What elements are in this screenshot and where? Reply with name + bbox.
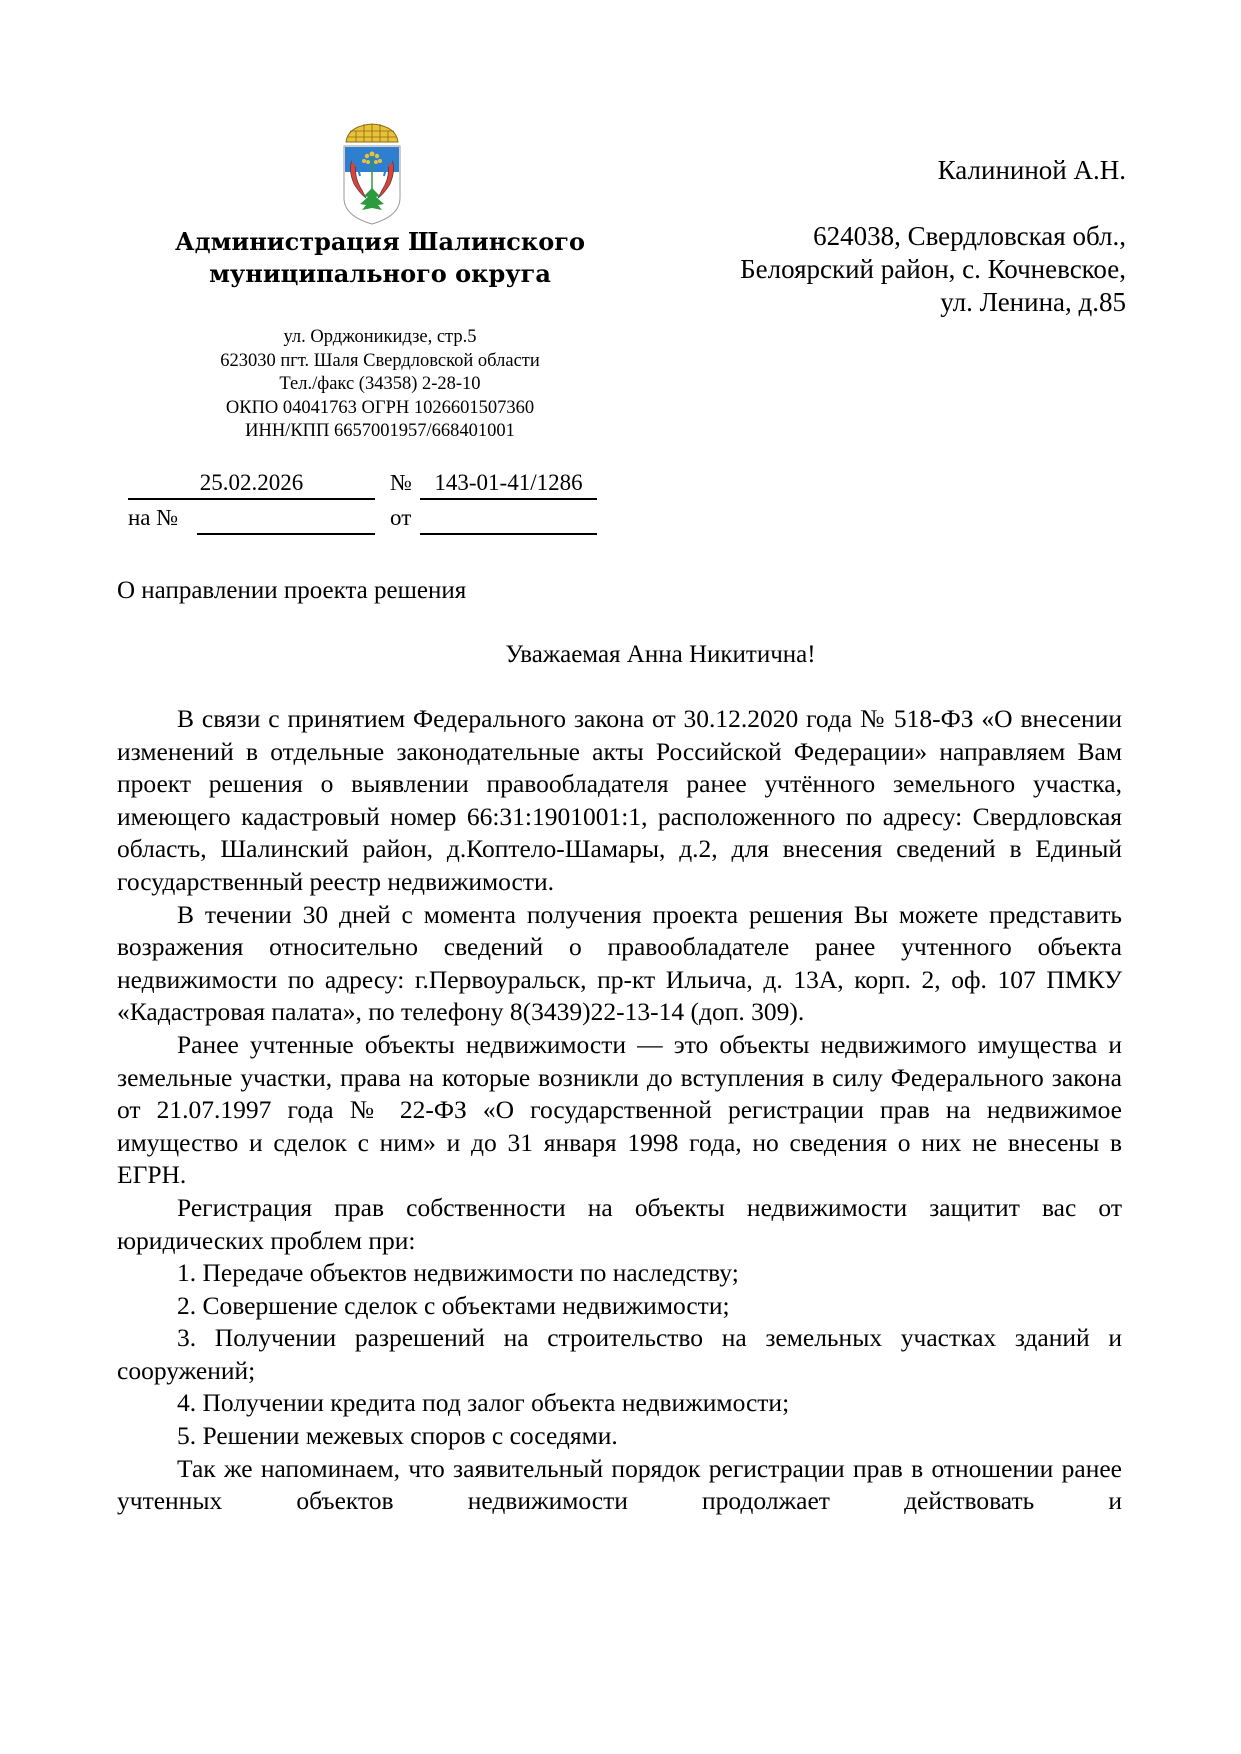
organization-name: Администрация Шалинского муниципального … [120,226,640,290]
body-paragraph: В связи с принятием Федерального закона … [117,703,1122,899]
list-item: 2. Совершение сделок с объектами недвижи… [117,1290,1122,1323]
reference-number-field [197,505,375,535]
organization-name-line2: муниципального округа [120,258,640,290]
reference-date-label: от [390,505,411,531]
outgoing-date-field: 25.02.2026 [128,470,375,500]
org-address-city: 623030 пгт. Шаля Свердловской области [120,350,640,374]
coat-of-arms-icon [340,120,404,226]
organization-details: ул. Орджоникидзе, стр.5 623030 пгт. Шаля… [120,326,640,444]
letter-subject: О направлении проекта решения [117,576,466,606]
recipient-name: Калининой А.Н. [740,154,1126,187]
reference-number-label: на № [128,505,178,531]
letter-body: В связи с принятием Федерального закона … [117,703,1122,1518]
body-paragraph: В течении 30 дней с момента получения пр… [117,899,1122,1029]
list-item: 4. Получении кредита под залог объекта н… [117,1387,1122,1420]
body-paragraph: Ранее учтенные объекты недвижимости — эт… [117,1029,1122,1192]
outgoing-number-label: № [390,470,412,496]
org-address-street: ул. Орджоникидзе, стр.5 [120,326,640,350]
org-phone: Тел./факс (34358) 2-28-10 [120,373,640,397]
list-item: 5. Решении межевых споров с соседями. [117,1420,1122,1453]
recipient-address-line3: ул. Ленина, д.85 [740,286,1126,319]
recipient-address-line2: Белоярский район, с. Кочневское, [740,253,1126,286]
letter-salutation: Уважаемая Анна Никитична! [0,640,1241,670]
org-okpo-ogrn: ОКПО 04041763 ОГРН 1026601507360 [120,397,640,421]
recipient-address-line1: 624038, Свердловская обл., [740,220,1126,253]
organization-name-line1: Администрация Шалинского [120,226,640,258]
closing-paragraph: Так же напоминаем, что заявительный поря… [117,1453,1122,1518]
list-item: 3. Получении разрешений на строительство… [117,1322,1122,1387]
outgoing-number-field: 143-01-41/1286 [420,470,597,500]
letter-page: Администрация Шалинского муниципального … [0,0,1241,1754]
body-paragraph: Регистрация прав собственности на объект… [117,1192,1122,1257]
outgoing-number-value: 143-01-41/1286 [434,470,582,495]
outgoing-date-value: 25.02.2026 [200,470,304,495]
recipient-block: Калининой А.Н. 624038, Свердловская обл.… [740,154,1126,319]
org-inn-kpp: ИНН/КПП 6657001957/668401001 [120,420,640,444]
reference-date-field [420,505,597,535]
list-item: 1. Передаче объектов недвижимости по нас… [117,1257,1122,1290]
